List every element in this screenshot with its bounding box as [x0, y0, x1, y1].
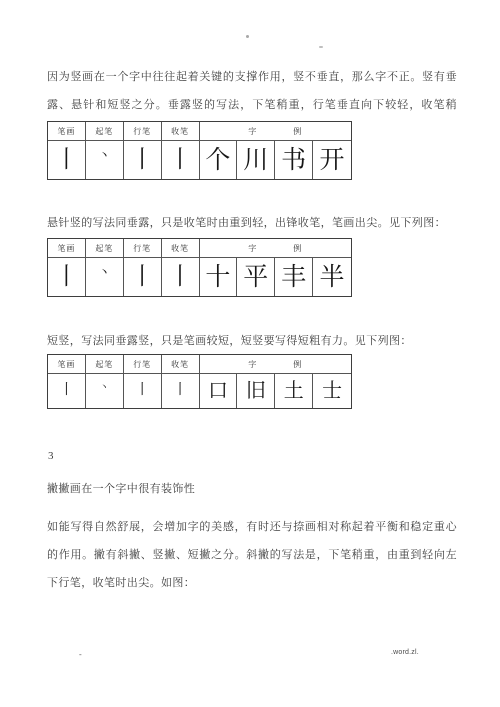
dot-stroke-glyph: 丶 [86, 258, 124, 296]
vertical-stroke-glyph: 丨 [48, 258, 86, 296]
table-header-li: 例 [293, 243, 302, 254]
table-header-zili: 字 例 [200, 355, 352, 374]
stroke-table-duan-shu: 笔画 起笔 行笔 收笔 字 例 丨 丶 丨 丨 口 旧 土 士 [47, 354, 352, 409]
example-character: 土 [275, 374, 313, 408]
table-header-qibi: 起笔 [86, 239, 124, 258]
example-character: 书 [275, 141, 313, 179]
table-header-xingbi: 行笔 [124, 239, 162, 258]
table-header-qibi: 起笔 [86, 122, 124, 141]
paragraph-pie-stroke-intro: 如能写得自然舒展，会增加字的美感，有时还与捺画相对称起着平衡和稳定重心的作用。撇… [47, 513, 457, 597]
stroke-table-chuilu-shu: 笔画 起笔 行笔 收笔 字 例 丨 丶 丨 丨 个 川 书 开 [47, 121, 352, 180]
table-header-shoubi: 收笔 [162, 239, 200, 258]
table-header-zi: 字 [248, 126, 257, 137]
vertical-stroke-glyph: 丨 [48, 374, 86, 408]
footer-page-mark: - [79, 650, 82, 659]
example-character: 半 [313, 258, 351, 296]
vertical-stroke-glyph: 丨 [162, 374, 200, 408]
vertical-stroke-glyph: 丨 [124, 374, 162, 408]
vertical-stroke-glyph: 丨 [124, 258, 162, 296]
table-header-bihua: 笔画 [48, 239, 86, 258]
example-character: 平 [237, 258, 275, 296]
dot-stroke-glyph: 丶 [86, 374, 124, 408]
example-character: 川 [237, 141, 275, 179]
example-character: 丰 [275, 258, 313, 296]
paragraph-xuanzhen-shu: 悬针竖的写法同垂露，只是收笔时由重到轻，出锋收笔，笔画出尖。见下列图： [47, 209, 457, 237]
table-header-li: 例 [293, 126, 302, 137]
example-character: 旧 [237, 374, 275, 408]
scan-artifact-dot [246, 35, 249, 38]
footer-watermark-text: .word.zl. [391, 649, 419, 656]
table-header-qibi: 起笔 [86, 355, 124, 374]
dot-stroke-glyph: 丶 [86, 141, 124, 179]
scan-artifact-dot [319, 46, 323, 48]
vertical-stroke-glyph: 丨 [124, 141, 162, 179]
vertical-stroke-glyph: 丨 [48, 141, 86, 179]
example-character: 士 [313, 374, 351, 408]
table-header-zili: 字 例 [200, 122, 352, 141]
section-number: 3 [48, 442, 54, 470]
example-character: 十 [200, 258, 238, 296]
section-heading-pie-stroke: 撇撇画在一个字中很有装饰性 [47, 475, 195, 503]
example-character: 开 [313, 141, 351, 179]
example-character: 个 [200, 141, 238, 179]
vertical-stroke-glyph: 丨 [162, 258, 200, 296]
table-header-bihua: 笔画 [48, 355, 86, 374]
table-header-zi: 字 [248, 243, 257, 254]
table-header-shoubi: 收笔 [162, 355, 200, 374]
example-character: 口 [200, 374, 238, 408]
document-page: 因为竖画在一个字中往往起着关键的支撑作用，竖不垂直，那么字不正。竖有垂露、悬针和… [0, 0, 500, 707]
table-header-xingbi: 行笔 [124, 122, 162, 141]
stroke-table-xuanzhen-shu: 笔画 起笔 行笔 收笔 字 例 丨 丶 丨 丨 十 平 丰 半 [47, 238, 352, 297]
table-header-zili: 字 例 [200, 239, 352, 258]
vertical-stroke-glyph: 丨 [162, 141, 200, 179]
table-header-bihua: 笔画 [48, 122, 86, 141]
table-header-zi: 字 [248, 359, 257, 370]
paragraph-duan-shu: 短竖，写法同垂露竖，只是笔画较短，短竖要写得短粗有力。见下列图： [47, 327, 457, 355]
table-header-xingbi: 行笔 [124, 355, 162, 374]
table-header-shoubi: 收笔 [162, 122, 200, 141]
table-header-li: 例 [293, 359, 302, 370]
